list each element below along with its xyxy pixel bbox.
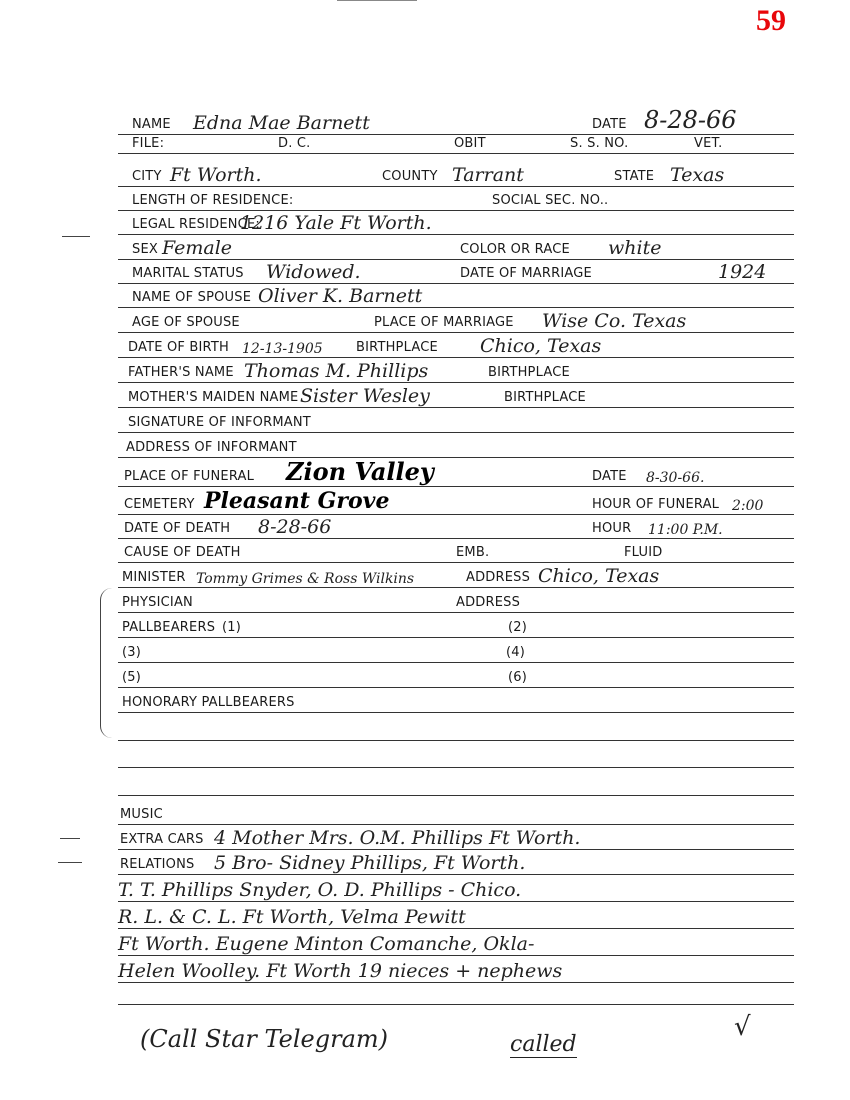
margin-mark	[62, 236, 90, 237]
row-length-of-residence: LENGTH OF RESIDENCE: SOCIAL SEC. NO..	[118, 186, 794, 211]
row-pallbearers-5-6: (5) (6)	[118, 663, 794, 688]
row-marital-status: MARITAL STATUS Widowed. DATE OF MARRIAGE…	[118, 259, 794, 284]
relations-label: RELATIONS	[120, 857, 194, 872]
sex-value: Female	[162, 237, 232, 259]
file-label: FILE:	[132, 136, 164, 151]
row-name: NAME Edna Mae Barnett DATE 8-28-66	[118, 110, 794, 135]
place-of-funeral-label: PLACE OF FUNERAL	[124, 469, 254, 484]
row-blank-1	[118, 716, 794, 741]
row-music: MUSIC	[118, 800, 794, 825]
name-of-spouse-label: NAME OF SPOUSE	[132, 290, 251, 305]
pallbearer-slot-6: (6)	[508, 670, 527, 685]
ss-no-label: S. S. NO.	[570, 136, 628, 151]
row-mothers-maiden-name: MOTHER'S MAIDEN NAME Sister Wesley BIRTH…	[118, 383, 794, 408]
hour-of-funeral-label: HOUR OF FUNERAL	[592, 497, 719, 512]
city-value: Ft Worth.	[170, 164, 262, 186]
row-date-of-death: DATE OF DEATH 8-28-66 HOUR 11:00 P.M.	[118, 514, 794, 539]
row-address-of-informant: ADDRESS OF INFORMANT	[118, 433, 794, 458]
color-or-race-value: white	[608, 237, 661, 259]
address-of-informant-label: ADDRESS OF INFORMANT	[126, 440, 297, 455]
row-blank-4	[118, 980, 794, 1005]
pallbearers-label: PALLBEARERS	[122, 620, 215, 635]
date-of-marriage-label: DATE OF MARRIAGE	[460, 266, 592, 281]
minister-label: MINISTER	[122, 570, 186, 585]
physician-address-label: ADDRESS	[456, 595, 520, 610]
mothers-birthplace-label: BIRTHPLACE	[504, 390, 586, 405]
row-minister: MINISTER Tommy Grimes & Ross Wilkins ADD…	[118, 563, 794, 588]
relations-line-5: Helen Woolley. Ft Worth 19 nieces + neph…	[118, 960, 562, 982]
extra-cars-label: EXTRA CARS	[120, 832, 204, 847]
name-value: Edna Mae Barnett	[193, 112, 370, 134]
date-of-death-label: DATE OF DEATH	[124, 521, 230, 536]
minister-value: Tommy Grimes & Ross Wilkins	[196, 571, 414, 587]
county-label: COUNTY	[382, 169, 438, 184]
mothers-maiden-name-label: MOTHER'S MAIDEN NAME	[128, 390, 298, 405]
fathers-name-value: Thomas M. Phillips	[244, 360, 428, 382]
marital-status-label: MARITAL STATUS	[132, 266, 244, 281]
row-name-of-spouse: NAME OF SPOUSE Oliver K. Barnett	[118, 283, 794, 308]
row-date-of-birth: DATE OF BIRTH 12-13-1905 BIRTHPLACE Chic…	[118, 333, 794, 358]
minister-address-value: Chico, Texas	[538, 565, 659, 587]
birthplace-label: BIRTHPLACE	[356, 340, 438, 355]
relations-line-1: 5 Bro- Sidney Phillips, Ft Worth.	[214, 852, 525, 874]
signature-of-informant-label: SIGNATURE OF INFORMANT	[128, 415, 311, 430]
state-value: Texas	[670, 164, 724, 186]
row-cause-of-death: CAUSE OF DEATH EMB. FLUID	[118, 538, 794, 563]
pallbearers-bracket	[100, 588, 115, 738]
margin-mark	[60, 838, 80, 839]
date-value: 8-28-66	[644, 106, 737, 134]
minister-address-label: ADDRESS	[466, 570, 530, 585]
row-blank-3	[118, 771, 794, 796]
state-label: STATE	[614, 169, 654, 184]
cemetery-label: CEMETERY	[124, 497, 195, 512]
row-city: CITY Ft Worth. COUNTY Tarrant STATE Texa…	[118, 162, 794, 187]
row-honorary-pallbearers: HONORARY PALLBEARERS	[118, 688, 794, 713]
row-cemetery: CEMETERY Pleasant Grove HOUR OF FUNERAL …	[118, 488, 794, 515]
hour-of-funeral-value: 2:00	[732, 498, 763, 514]
dc-label: D. C.	[278, 136, 310, 151]
row-fathers-name: FATHER'S NAME Thomas M. Phillips BIRTHPL…	[118, 358, 794, 383]
physician-label: PHYSICIAN	[122, 595, 193, 610]
cemetery-value: Pleasant Grove	[204, 488, 389, 514]
row-legal-residence: LEGAL RESIDENCE: 1216 Yale Ft Worth.	[118, 210, 794, 235]
row-blank-2	[118, 743, 794, 768]
relations-line-2: T. T. Phillips Snyder, O. D. Phillips - …	[118, 879, 521, 901]
row-file: FILE: D. C. OBIT S. S. NO. VET.	[118, 133, 794, 154]
row-physician: PHYSICIAN ADDRESS	[118, 588, 794, 613]
honorary-pallbearers-label: HONORARY PALLBEARERS	[122, 695, 295, 710]
obit-label: OBIT	[454, 136, 486, 151]
checkmark-icon: √	[734, 1012, 751, 1042]
city-label: CITY	[132, 169, 162, 184]
hour-label: HOUR	[592, 521, 631, 536]
date-label: DATE	[592, 117, 627, 132]
fathers-birthplace-label: BIRTHPLACE	[488, 365, 570, 380]
row-age-of-spouse: AGE OF SPOUSE PLACE OF MARRIAGE Wise Co.…	[118, 308, 794, 333]
legal-residence-value: 1216 Yale Ft Worth.	[240, 212, 432, 234]
row-extra-cars: EXTRA CARS 4 Mother Mrs. O.M. Phillips F…	[118, 825, 794, 850]
name-label: NAME	[132, 117, 171, 132]
pallbearer-slot-1: (1)	[222, 620, 241, 635]
relations-line-3: R. L. & C. L. Ft Worth, Velma Pewitt	[118, 906, 466, 928]
color-or-race-label: COLOR OR RACE	[460, 242, 570, 257]
music-label: MUSIC	[120, 807, 163, 822]
place-of-marriage-value: Wise Co. Texas	[542, 310, 686, 332]
birthplace-value: Chico, Texas	[480, 335, 601, 357]
footer-called-note: called	[510, 1032, 577, 1058]
name-of-spouse-value: Oliver K. Barnett	[258, 285, 422, 307]
row-pallbearers-1-2: PALLBEARERS (1) (2)	[118, 613, 794, 638]
place-of-marriage-label: PLACE OF MARRIAGE	[374, 315, 514, 330]
marital-status-value: Widowed.	[266, 261, 361, 283]
row-relations-4: Ft Worth. Eugene Minton Comanche, Okla-	[118, 931, 794, 956]
date-of-marriage-value: 1924	[718, 261, 766, 283]
pallbearer-slot-5: (5)	[122, 670, 141, 685]
date-of-birth-value: 12-13-1905	[242, 341, 323, 357]
date-of-death-value: 8-28-66	[258, 516, 331, 538]
row-relations-2: T. T. Phillips Snyder, O. D. Phillips - …	[118, 877, 794, 902]
footer-handwritten-note: (Call Star Telegram)	[140, 1025, 388, 1053]
fathers-name-label: FATHER'S NAME	[128, 365, 234, 380]
funeral-record-form: NAME Edna Mae Barnett DATE 8-28-66 FILE:…	[0, 0, 850, 1100]
emb-label: EMB.	[456, 545, 489, 560]
funeral-date-label: DATE	[592, 469, 627, 484]
cause-of-death-label: CAUSE OF DEATH	[124, 545, 241, 560]
row-pallbearers-3-4: (3) (4)	[118, 638, 794, 663]
sex-label: SEX	[132, 242, 158, 257]
relations-line-4: Ft Worth. Eugene Minton Comanche, Okla-	[118, 933, 534, 955]
age-of-spouse-label: AGE OF SPOUSE	[132, 315, 240, 330]
row-place-of-funeral: PLACE OF FUNERAL Zion Valley DATE 8-30-6…	[118, 460, 794, 487]
fluid-label: FLUID	[624, 545, 662, 560]
pallbearer-slot-2: (2)	[508, 620, 527, 635]
row-sex: SEX Female COLOR OR RACE white	[118, 235, 794, 260]
vet-label: VET.	[694, 136, 722, 151]
length-of-residence-label: LENGTH OF RESIDENCE:	[132, 193, 293, 208]
county-value: Tarrant	[452, 164, 524, 186]
row-relations-3: R. L. & C. L. Ft Worth, Velma Pewitt	[118, 904, 794, 929]
place-of-funeral-value: Zion Valley	[286, 457, 434, 486]
funeral-date-value: 8-30-66.	[646, 470, 704, 486]
hour-value: 11:00 P.M.	[648, 522, 723, 538]
date-of-birth-label: DATE OF BIRTH	[128, 340, 229, 355]
row-relations: RELATIONS 5 Bro- Sidney Phillips, Ft Wor…	[118, 850, 794, 875]
extra-cars-value: 4 Mother Mrs. O.M. Phillips Ft Worth.	[214, 827, 580, 849]
pallbearer-slot-4: (4)	[506, 645, 525, 660]
social-sec-no-label: SOCIAL SEC. NO..	[492, 193, 608, 208]
margin-mark	[58, 862, 82, 863]
row-signature-of-informant: SIGNATURE OF INFORMANT	[118, 408, 794, 433]
mothers-maiden-name-value: Sister Wesley	[300, 385, 430, 407]
pallbearer-slot-3: (3)	[122, 645, 141, 660]
